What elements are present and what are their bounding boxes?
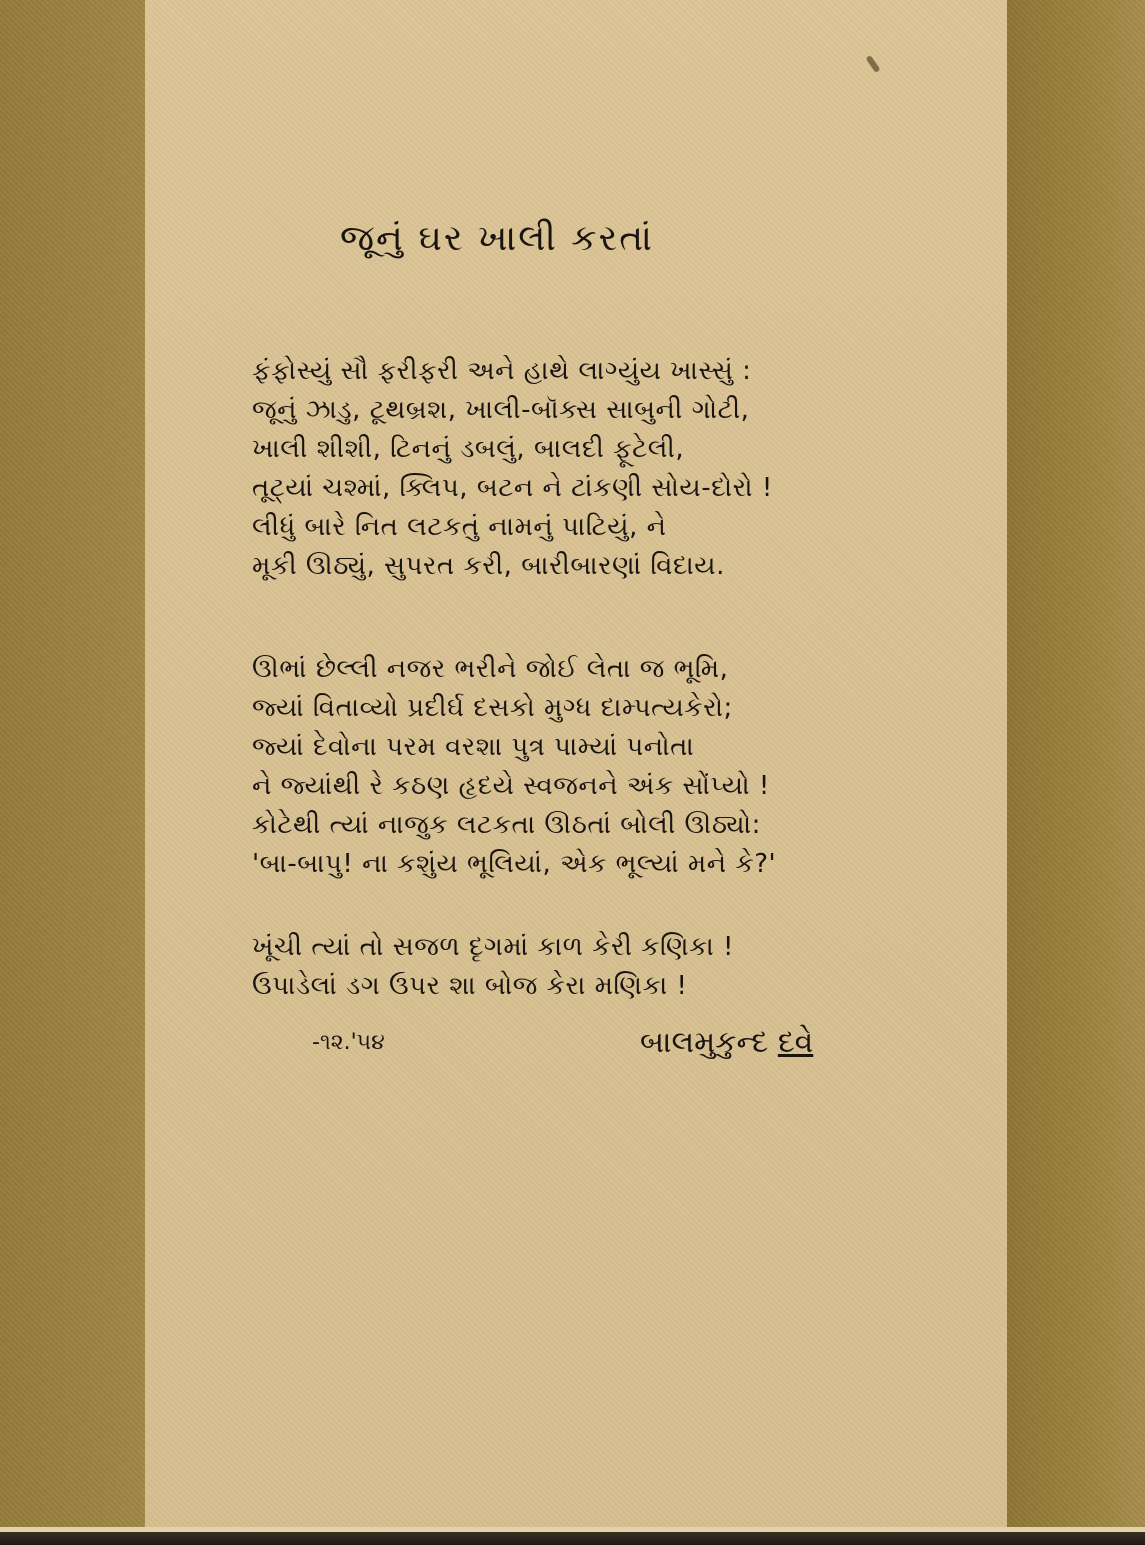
poem-line: ખૂંચી ત્યાં તો સજળ દૃગમાં કાળ કેરી કણિકા… bbox=[252, 928, 734, 967]
poem-line: ઉપાડેલાં ડગ ઉપર શા બોજ કેરા મણિકા ! bbox=[252, 967, 734, 1006]
book-bottom-edge bbox=[0, 1532, 1145, 1545]
cover-band-left bbox=[0, 0, 145, 1532]
poem-line: કોટેથી ત્યાં નાજુક લટકતા ઊઠતાં બોલી ઊઠ્ય… bbox=[252, 806, 776, 845]
poem-date: -૧૨.'૫૪ bbox=[312, 1030, 385, 1055]
poem-line: ફંફોસ્યું સૌ ફરીફરી અને હાથે લાગ્યુંય ખા… bbox=[252, 352, 773, 391]
poem-line: ખાલી શીશી, ટિનનું ડબલું, બાલદી ફૂટેલી, bbox=[252, 430, 773, 469]
poem-line: ઊભાં છેલ્લી નજર ભરીને જોઈ લેતા જ ભૂમિ, bbox=[252, 650, 776, 689]
stanza-2: ઊભાં છેલ્લી નજર ભરીને જોઈ લેતા જ ભૂમિ, જ… bbox=[252, 650, 776, 884]
poem-line: 'બા-બાપુ! ના કશુંય ભૂલિયાં, એક ભૂલ્યાં મ… bbox=[252, 845, 776, 884]
stanza-3: ખૂંચી ત્યાં તો સજળ દૃગમાં કાળ કેરી કણિકા… bbox=[252, 928, 734, 1006]
author-signature: બાલમુકુન્દ દવે bbox=[640, 1025, 813, 1060]
signature-surname: દવે bbox=[778, 1025, 813, 1060]
poem-line: લીધું બારે નિત લટકતું નામનું પાટિયું, ને bbox=[252, 508, 773, 547]
poem-line: જ્યાં દેવોના પરમ વરશા પુત્ર પામ્યાં પનોત… bbox=[252, 728, 776, 767]
poem-line: મૂકી ઊઠ્યું, સુપરત કરી, બારીબારણાં વિદાય… bbox=[252, 547, 773, 586]
poem-title: જૂનું ઘર ખાલી કરતાં bbox=[340, 218, 654, 260]
signature-given-name: બાલમુકુન્દ bbox=[640, 1025, 768, 1060]
poem-line: જૂનું ઝાડુ, ટૂથબ્રશ, ખાલી-બૉક્સ સાબુની ગ… bbox=[252, 391, 773, 430]
poem-line: જ્યાં વિતાવ્યો પ્રદીર્ઘ દસકો મુગ્ધ દામ્પ… bbox=[252, 689, 776, 728]
poem-line: તૂટ્યાં ચશ્માં, ક્લિપ, બટન ને ટાંકણી સોય… bbox=[252, 469, 773, 508]
cover-band-right bbox=[1007, 0, 1145, 1532]
poem-line: ને જ્યાંથી રે કઠણ હૃદયે સ્વજનને અંક સોંપ… bbox=[252, 767, 776, 806]
stanza-1: ફંફોસ્યું સૌ ફરીફરી અને હાથે લાગ્યુંય ખા… bbox=[252, 352, 773, 586]
